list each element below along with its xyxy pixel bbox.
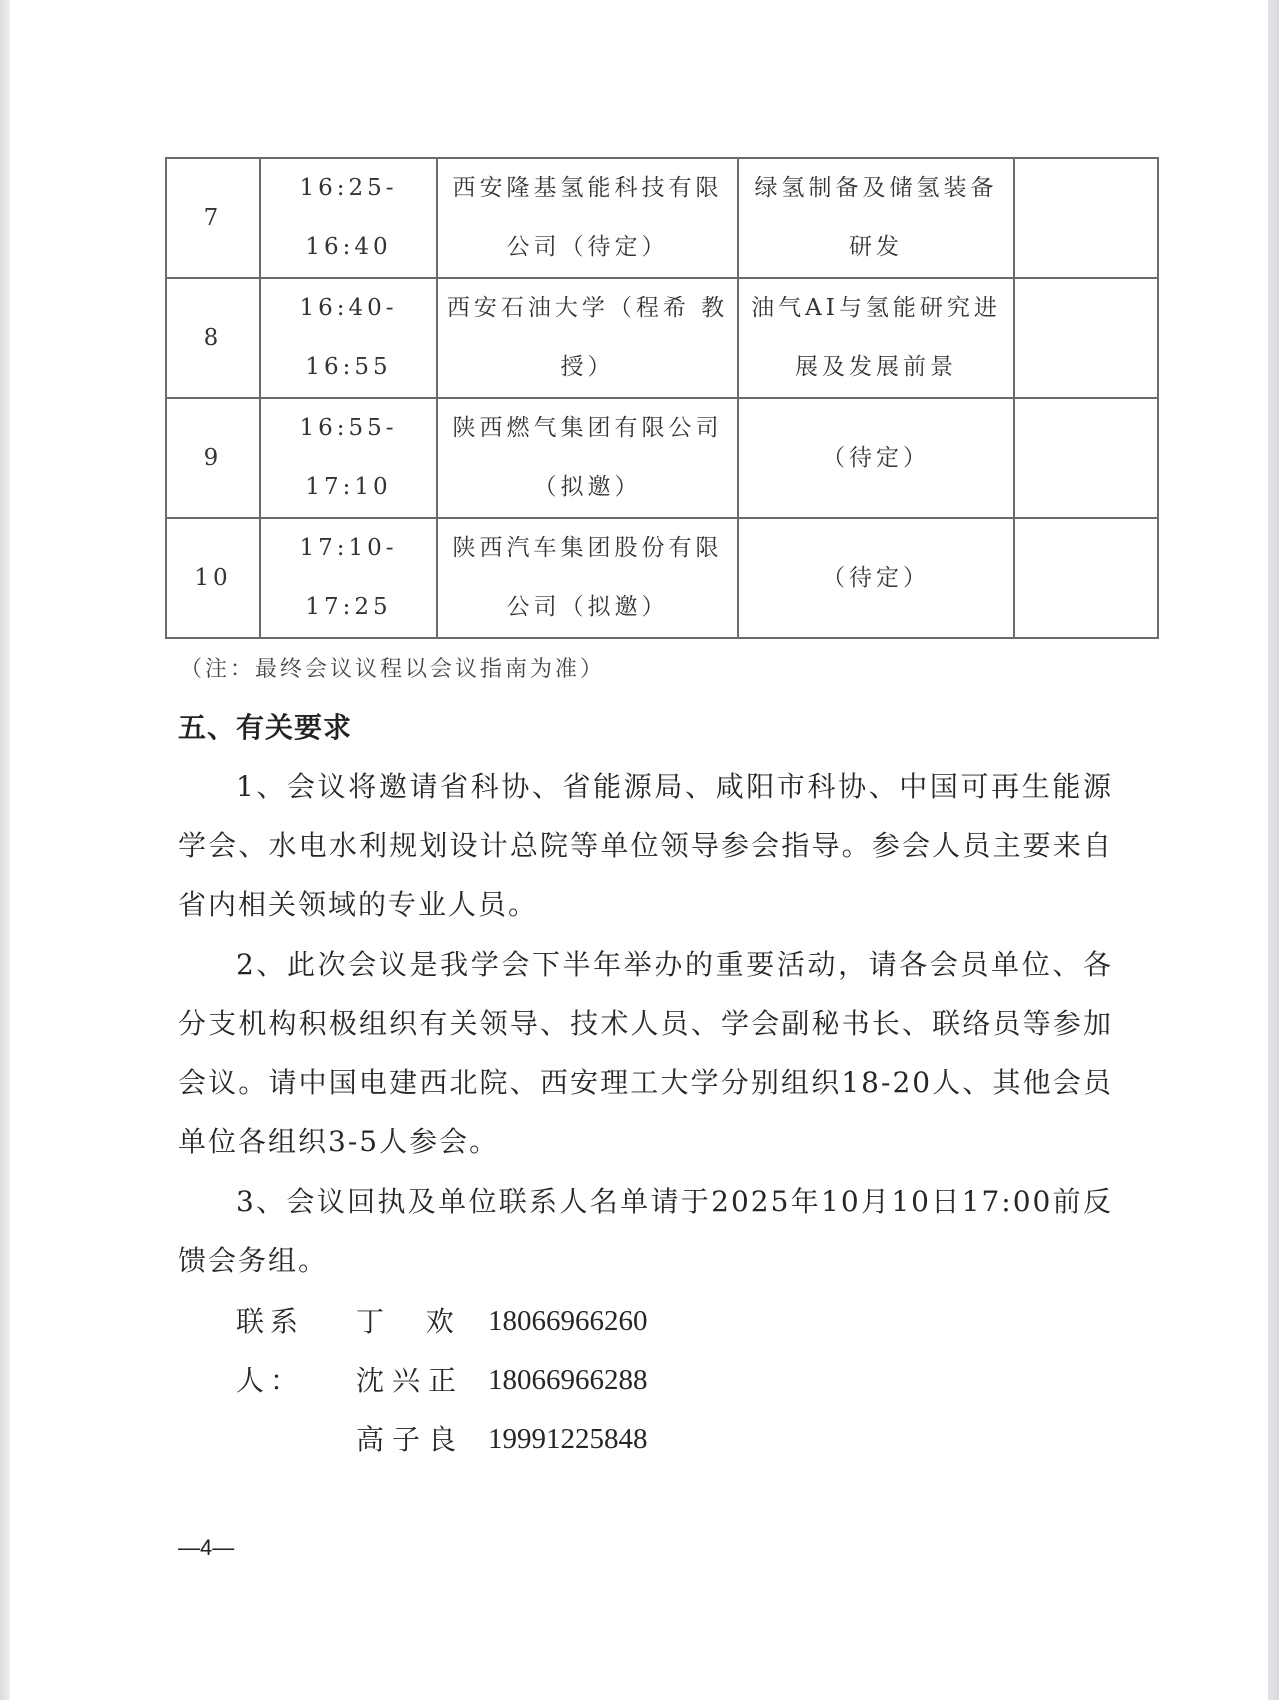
cell-extra [1014, 518, 1158, 638]
cell-extra [1014, 158, 1158, 278]
cell-no: 10 [166, 518, 260, 638]
agenda-note: （注：最终会议议程以会议指南为准） [180, 652, 605, 683]
cell-topic: （待定） [738, 518, 1014, 638]
cell-unit: 西安石油大学（程希 教授） [437, 278, 738, 398]
contact-name: 沈兴正 [356, 1351, 488, 1410]
section-heading: 五、有关要求 [178, 706, 352, 746]
cell-unit: 陕西汽车集团股份有限公司（拟邀） [437, 518, 738, 638]
cell-time: 16:25-16:40 [260, 158, 437, 278]
contact-row: 高子良 19991225848 [236, 1410, 648, 1469]
table-row: 9 16:55-17:10 陕西燃气集团有限公司（拟邀） （待定） [166, 398, 1158, 518]
cell-extra [1014, 398, 1158, 518]
cell-time: 16:55-17:10 [260, 398, 437, 518]
contact-phone: 18066966288 [488, 1351, 648, 1410]
contact-list: 联系人： 丁 欢 18066966260 沈兴正 18066966288 高子良… [236, 1292, 648, 1469]
cell-topic: 绿氢制备及储氢装备研发 [738, 158, 1014, 278]
cell-no: 8 [166, 278, 260, 398]
cell-unit: 西安隆基氢能科技有限公司（待定） [437, 158, 738, 278]
contact-name: 高子良 [356, 1410, 488, 1469]
contact-row: 沈兴正 18066966288 [236, 1351, 648, 1410]
contact-phone: 19991225848 [488, 1410, 648, 1469]
viewer-right-edge [1268, 0, 1279, 1700]
cell-time: 17:10-17:25 [260, 518, 437, 638]
contact-phone: 18066966260 [488, 1292, 648, 1351]
cell-no: 9 [166, 398, 260, 518]
contact-label: 联系人： [236, 1292, 356, 1351]
contact-label-spacer [236, 1410, 356, 1469]
contact-name: 丁 欢 [356, 1292, 488, 1351]
requirement-paragraph-1: 1、会议将邀请省科协、省能源局、咸阳市科协、中国可再生能源学会、水电水利规划设计… [178, 757, 1113, 934]
contact-label-spacer [236, 1351, 356, 1410]
cell-topic: （待定） [738, 398, 1014, 518]
contact-row: 联系人： 丁 欢 18066966260 [236, 1292, 648, 1351]
cell-time: 16:40-16:55 [260, 278, 437, 398]
agenda-table: 7 16:25-16:40 西安隆基氢能科技有限公司（待定） 绿氢制备及储氢装备… [165, 157, 1159, 639]
cell-no: 7 [166, 158, 260, 278]
cell-unit: 陕西燃气集团有限公司（拟邀） [437, 398, 738, 518]
requirement-paragraph-3: 3、会议回执及单位联系人名单请于2025年10月10日17:00前反馈会务组。 [178, 1172, 1113, 1290]
table-row: 8 16:40-16:55 西安石油大学（程希 教授） 油气AI与氢能研究进展及… [166, 278, 1158, 398]
cell-extra [1014, 278, 1158, 398]
viewer-left-edge [0, 0, 10, 1700]
cell-topic: 油气AI与氢能研究进展及发展前景 [738, 278, 1014, 398]
table-row: 7 16:25-16:40 西安隆基氢能科技有限公司（待定） 绿氢制备及储氢装备… [166, 158, 1158, 278]
page-number: —4— [178, 1535, 234, 1561]
requirement-paragraph-2: 2、此次会议是我学会下半年举办的重要活动，请各会员单位、各分支机构积极组织有关领… [178, 935, 1113, 1171]
table-row: 10 17:10-17:25 陕西汽车集团股份有限公司（拟邀） （待定） [166, 518, 1158, 638]
